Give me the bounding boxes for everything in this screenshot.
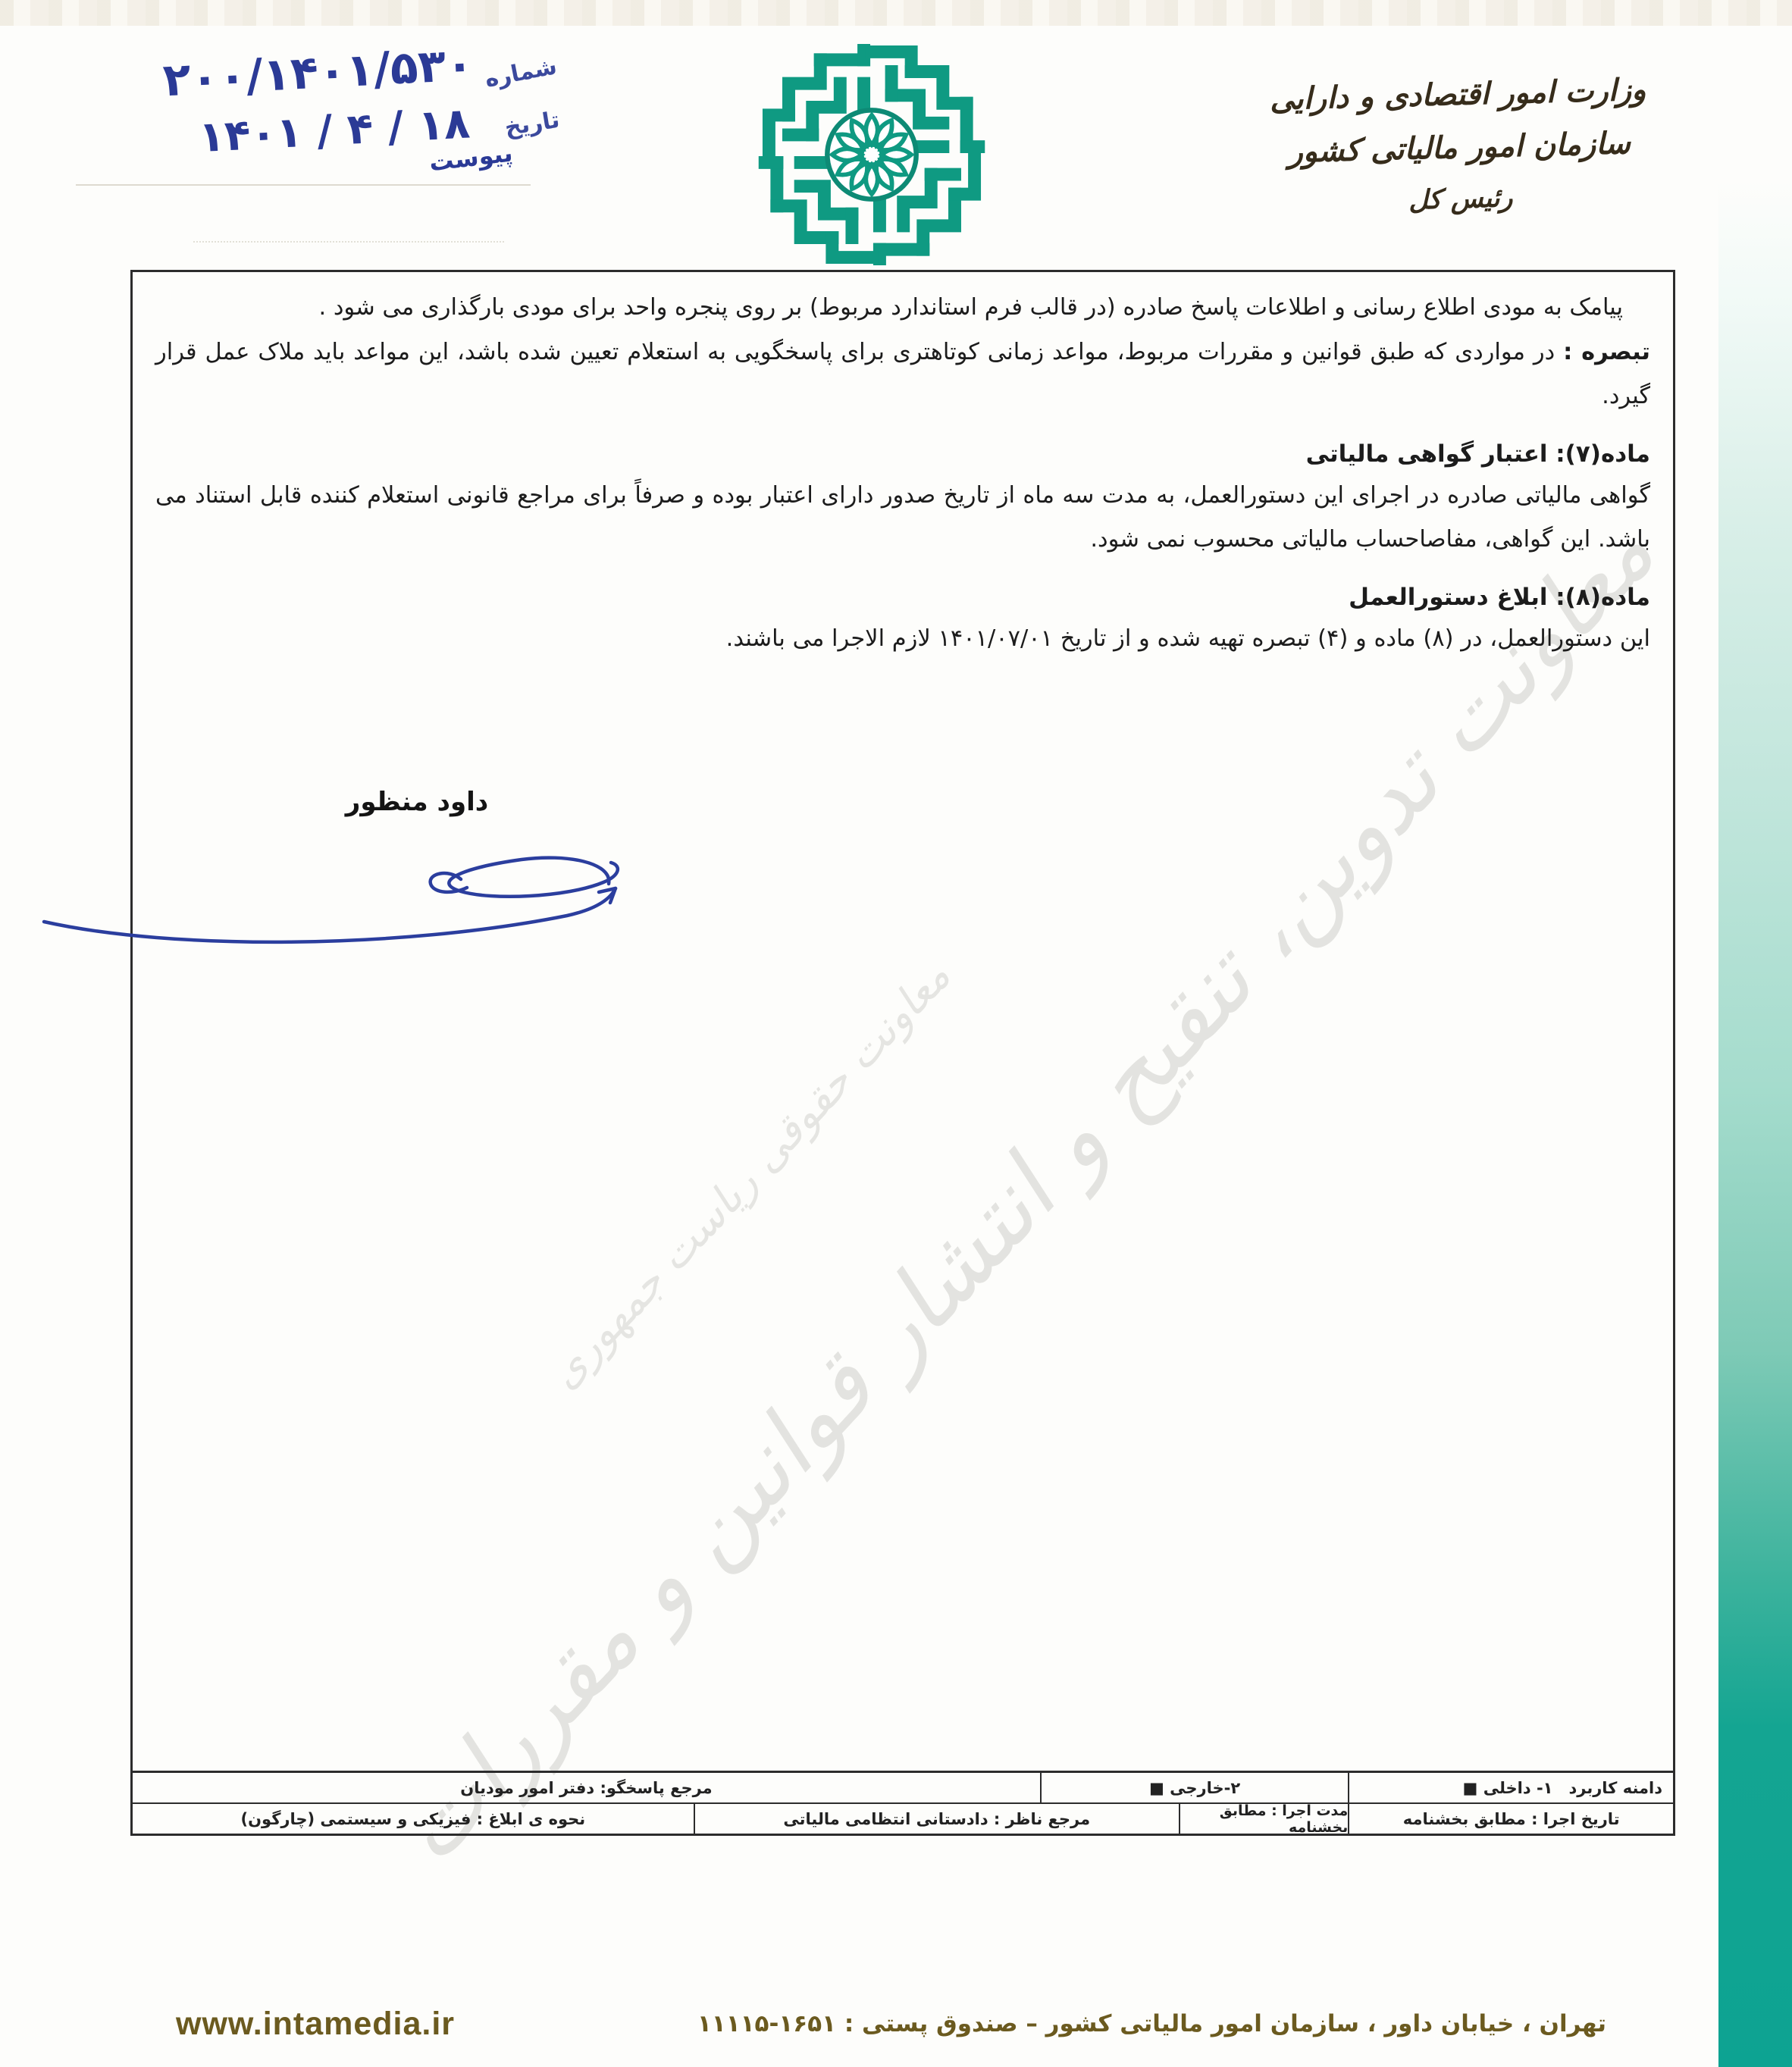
attachment-underline [193, 241, 504, 243]
document-body-box: پیامک به مودی اطلاع رسانی و اطلاعات پاسخ… [130, 270, 1675, 1836]
scope-cell: دامنه کاربرد ۱- داخلی ■ [1349, 1773, 1673, 1802]
handwritten-signature-icon [36, 810, 635, 961]
responder-cell: مرجع پاسخگو: دفتر امور مودیان [133, 1773, 1042, 1802]
footer-website: www.intamedia.ir [176, 2006, 455, 2043]
letterhead: وزارت امور اقتصادی و دارایی سازمان امور … [1180, 61, 1737, 231]
article-7-heading: ماده(۷): اعتبار گواهی مالیاتی [155, 440, 1650, 468]
scan-noise-band [0, 0, 1792, 26]
note-text: در مواردی که طبق قوانین و مقررات مربوط، … [155, 339, 1650, 410]
scanned-document-page: شماره ۲۰۰/۱۴۰۱/۵۳۰ تاریخ ۱۴۰۱ / ۴ / ۱۸ پ… [0, 0, 1792, 2067]
classification-table: دامنه کاربرد ۱- داخلی ■ ۲-خارجی ■ مرجع پ… [133, 1771, 1673, 1834]
table-row-2: تاریخ اجرا : مطابق بخشنامه مدت اجرا : مط… [133, 1804, 1673, 1834]
number-label: شماره [483, 53, 559, 93]
exec-date-cell: تاریخ اجرا : مطابق بخشنامه [1349, 1804, 1673, 1834]
paragraph-note: تبصره : در مواردی که طبق قوانین و مقررات… [155, 330, 1650, 419]
document-number-value: ۲۰۰/۱۴۰۱/۵۳۰ [161, 39, 475, 105]
notification-cell: نحوه ی ابلاغ : فیزیکی و سیستمی (چارگون) [133, 1804, 695, 1834]
document-text: پیامک به مودی اطلاع رسانی و اطلاعات پاسخ… [133, 272, 1673, 661]
handwritten-registration-block: شماره ۲۰۰/۱۴۰۱/۵۳۰ تاریخ ۱۴۰۱ / ۴ / ۱۸ پ… [41, 35, 563, 205]
footer-address: تهران ، خیابان داور ، سازمان امور مالیات… [697, 2010, 1606, 2037]
paragraph-upload: پیامک به مودی اطلاع رسانی و اطلاعات پاسخ… [155, 286, 1650, 330]
table-row-1: دامنه کاربرد ۱- داخلی ■ ۲-خارجی ■ مرجع پ… [133, 1773, 1673, 1804]
teal-edge-bar [1718, 180, 1792, 2067]
article-8-text: این دستورالعمل، در (۸) ماده و (۴) تبصره … [155, 617, 1650, 662]
external-cell: ۲-خارجی ■ [1042, 1773, 1349, 1802]
inta-tax-administration-emblem-icon [747, 44, 997, 265]
duration-cell: مدت اجرا : مطابق بخشنامه [1180, 1804, 1350, 1834]
supervisor-cell: مرجع ناظر : دادستانی انتظامی مالیاتی [695, 1804, 1180, 1834]
article-7-text: گواهی مالیاتی صادره در اجرای این دستورال… [155, 474, 1650, 562]
note-label: تبصره : [1563, 339, 1650, 365]
article-8-heading: ماده(۸): ابلاغ دستورالعمل [155, 584, 1650, 611]
